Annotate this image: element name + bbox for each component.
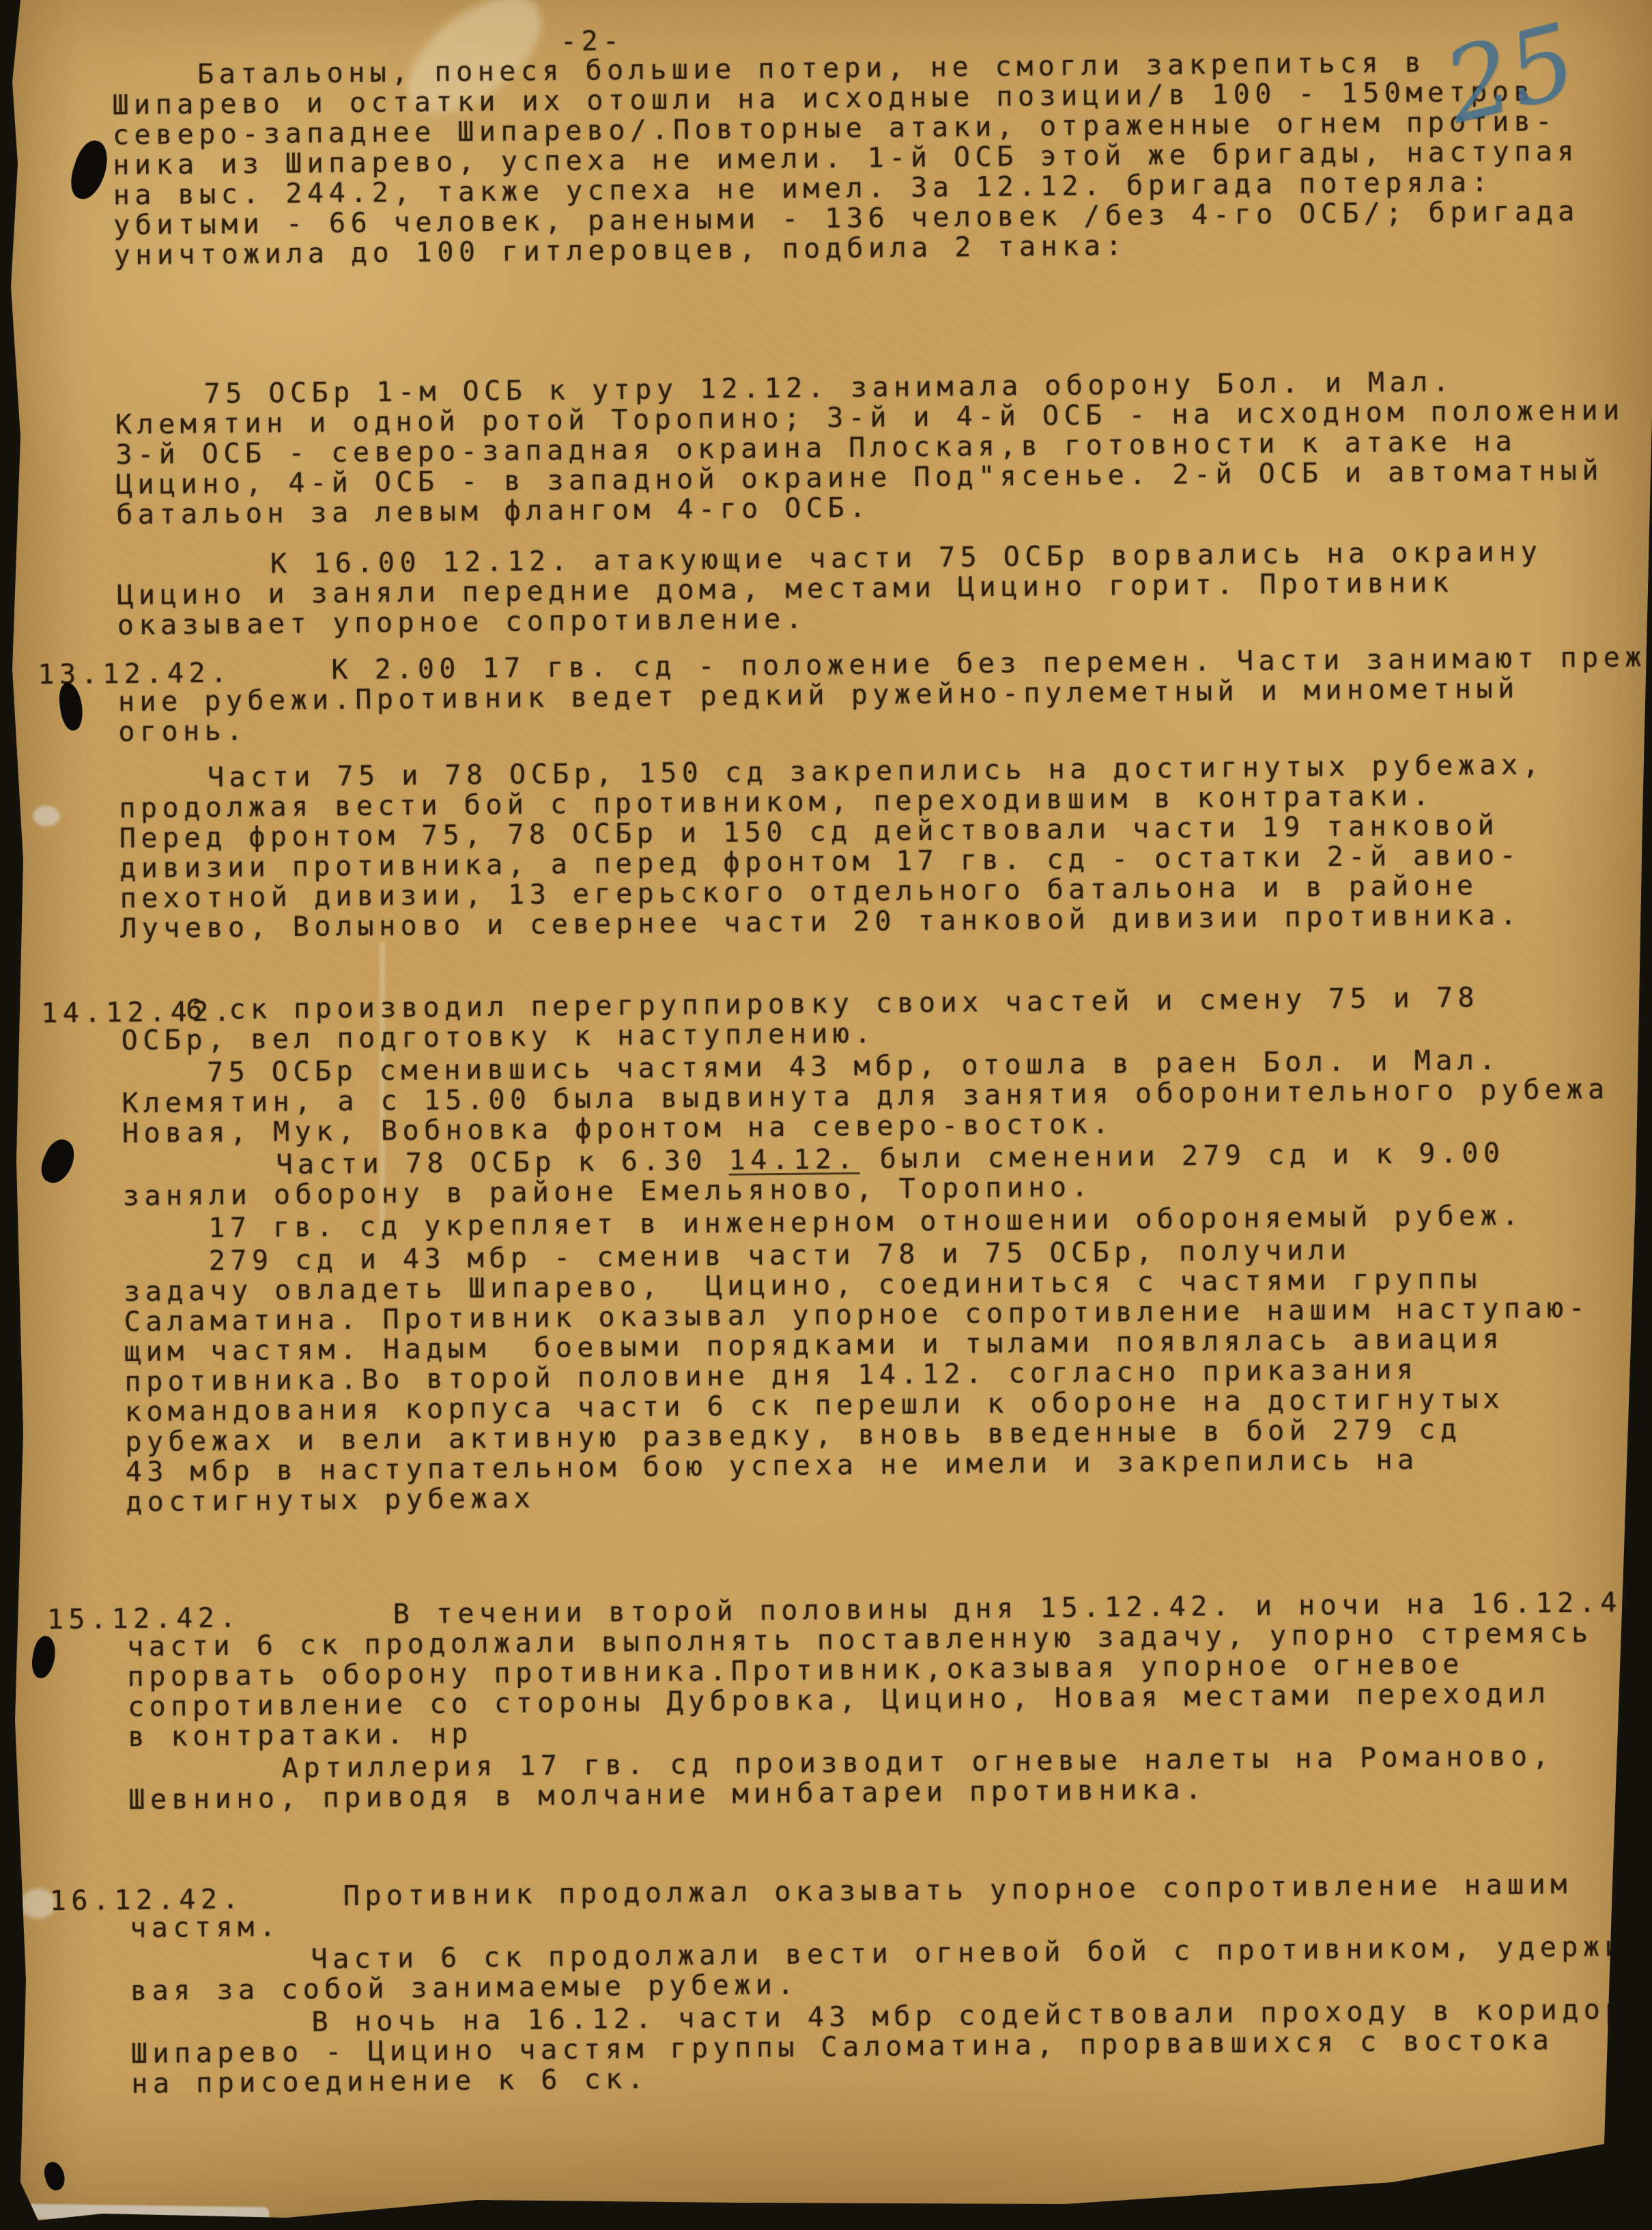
paragraph: В ночь на 16.12. части 43 мбр содействов… xyxy=(130,1994,1652,2099)
paragraph: 279 сд и 43 мбр - сменив части 78 и 75 О… xyxy=(124,1232,1649,1517)
section-13-12-42: 13.12.42. К 2.00 17 гв. сд - положение б… xyxy=(117,643,1642,944)
paragraph: К 2.00 17 гв. сд - положение без перемен… xyxy=(117,643,1640,747)
margin-date: 16.12.42. xyxy=(50,1884,244,1917)
scanned-document-page: -2- Батальоны, понеся большие потери, не… xyxy=(0,0,1652,2230)
paragraph: Части 75 и 78 ОСБр, 150 сд закрепились н… xyxy=(119,749,1642,944)
paragraph: 6 ск производил перегруппировку своих ча… xyxy=(121,981,1644,1056)
paragraph: К 16.00 12.12. атакующие части 75 ОСБр в… xyxy=(117,536,1640,640)
margin-date: 14.12.42. xyxy=(41,996,236,1030)
section-15-12-42: 15.12.42. В течении второй половины дня … xyxy=(127,1587,1651,1815)
section-continued: Батальоны, понеся большие потери, не смо… xyxy=(112,46,1640,640)
text-column: Батальоны, понеся большие потери, не смо… xyxy=(112,46,1652,2099)
paragraph: Части 78 ОСБр к 6.30 14.12. были сменени… xyxy=(122,1137,1645,1211)
margin-date: 15.12.42. xyxy=(47,1603,242,1636)
paragraph: Батальоны, понеся большие потери, не смо… xyxy=(112,46,1636,270)
paragraph: В течении второй половины дня 15.12.42. … xyxy=(127,1587,1651,1752)
paper-sheet: -2- Батальоны, понеся большие потери, не… xyxy=(0,0,1652,2230)
margin-date: 13.12.42. xyxy=(38,658,232,691)
typed-ink-layer: -2- Батальоны, понеся большие потери, не… xyxy=(0,0,1652,2230)
section-14-12-42: 14.12.42. 6 ск производил перегруппировк… xyxy=(121,981,1648,1517)
paragraph: 75 ОСБр 1-м ОСБ к утру 12.12. занимала о… xyxy=(115,365,1638,530)
paragraph: 75 ОСБр сменившись частями 43 мбр, отошл… xyxy=(122,1044,1644,1148)
section-16-12-42: 16.12.42. Противник продолжал оказывать … xyxy=(130,1869,1652,2099)
paragraph: Противник продолжал оказывать упорное со… xyxy=(130,1869,1652,1943)
page-number: -2- xyxy=(560,25,624,57)
paragraph: Части 6 ск продолжали вести огневой бой … xyxy=(130,1932,1652,2006)
paragraph: Артиллерия 17 гв. сд производит огневые … xyxy=(128,1740,1651,1815)
